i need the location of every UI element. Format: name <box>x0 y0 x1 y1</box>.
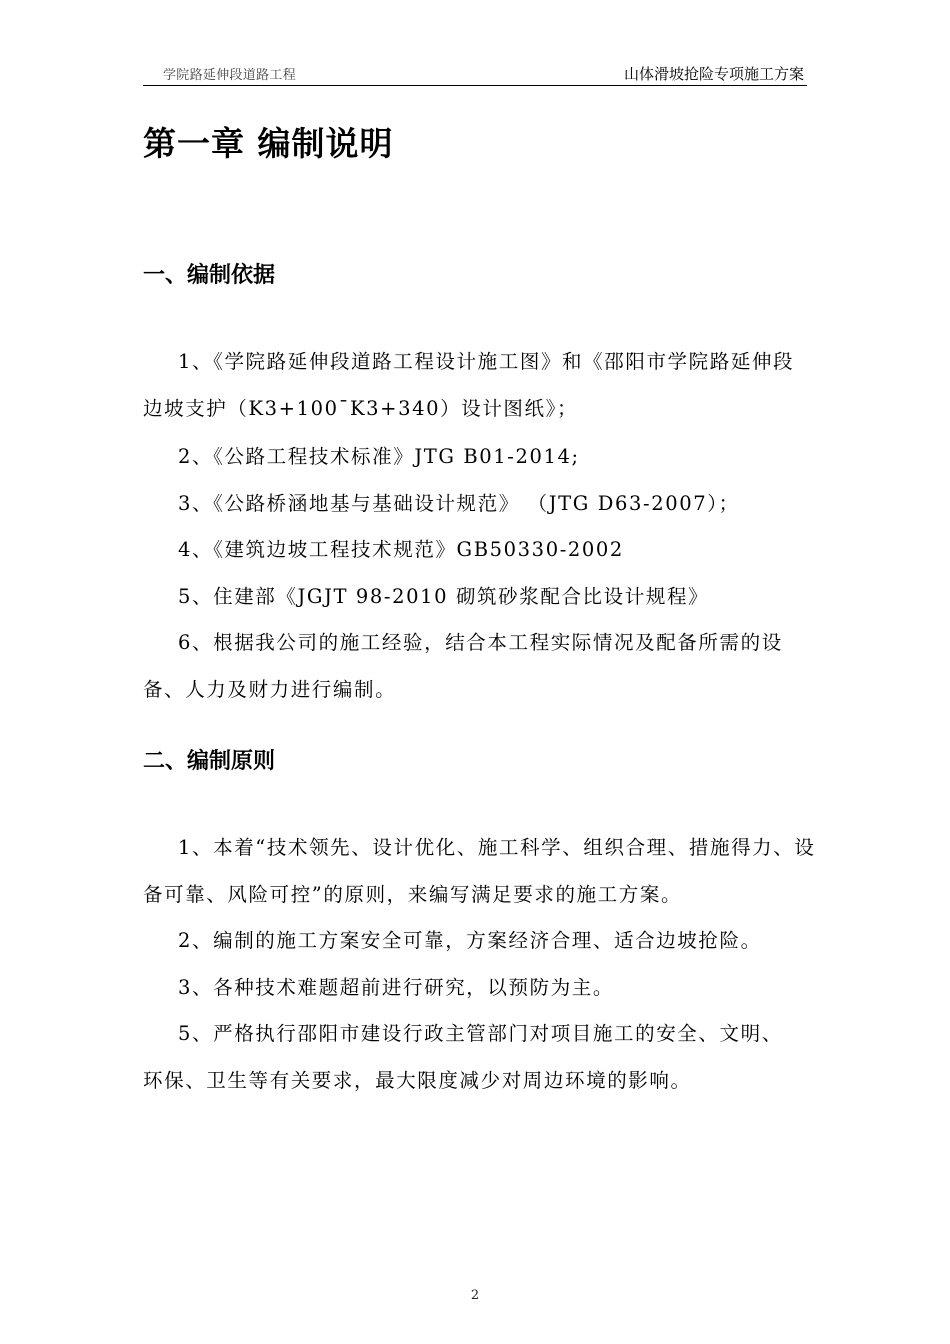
page-number: 2 <box>0 1288 950 1303</box>
basis-item-6-line-1: 6、根据我公司的施工经验，结合本工程实际情况及配备所需的设 <box>143 619 807 666</box>
principle-item-5-line-1: 5、严格执行邵阳市建设行政主管部门对项目施工的安全、文明、 <box>143 1010 807 1057</box>
document-page: 学院路延伸段道路工程 山体滑坡抢险专项施工方案 第一章 编制说明 一、编制依据 … <box>0 0 950 1344</box>
principle-item-1-line-1: 1、本着“技术领先、设计优化、施工科学、组织合理、措施得力、设 <box>143 824 807 871</box>
principle-item-1: 1、本着“技术领先、设计优化、施工科学、组织合理、措施得力、设 备可靠、风险可控… <box>143 824 807 918</box>
basis-item-5-line-1: 5、住建部《JGJT 98-2010 砌筑砂浆配合比设计规程》 <box>143 573 807 620</box>
basis-item-4: 4、《建筑边坡工程技术规范》GB50330-2002 <box>143 526 807 573</box>
section-heading-principles: 二、编制原则 <box>143 744 275 775</box>
principle-item-2: 2、编制的施工方案安全可靠，方案经济合理、适合边坡抢险。 <box>143 917 807 964</box>
chapter-title: 第一章 编制说明 <box>143 118 394 165</box>
header-project-name: 学院路延伸段道路工程 <box>163 64 296 83</box>
basis-item-1-line-2: 边坡支护（K3+100¯K3+340）设计图纸》； <box>143 385 807 432</box>
basis-item-4-line-1: 4、《建筑边坡工程技术规范》GB50330-2002 <box>143 526 807 573</box>
basis-item-3-line-1: 3、《公路桥涵地基与基础设计规范》 （JTG D63-2007）； <box>143 480 807 527</box>
principle-item-3-line-1: 3、各种技术难题超前进行研究，以预防为主。 <box>143 964 807 1011</box>
basis-item-5: 5、住建部《JGJT 98-2010 砌筑砂浆配合比设计规程》 <box>143 573 807 620</box>
basis-item-2: 2、《公路工程技术标准》JTG B01-2014; <box>143 433 807 480</box>
principle-item-5: 5、严格执行邵阳市建设行政主管部门对项目施工的安全、文明、 环保、卫生等有关要求… <box>143 1010 807 1104</box>
principle-item-1-line-2: 备可靠、风险可控”的原则，来编写满足要求的施工方案。 <box>143 871 807 918</box>
basis-item-6: 6、根据我公司的施工经验，结合本工程实际情况及配备所需的设 备、人力及财力进行编… <box>143 619 807 713</box>
header-document-title: 山体滑坡抢险专项施工方案 <box>624 63 804 84</box>
basis-item-1: 1、《学院路延伸段道路工程设计施工图》和《邵阳市学院路延伸段 边坡支护（K3+1… <box>143 338 807 432</box>
basis-item-1-line-1: 1、《学院路延伸段道路工程设计施工图》和《邵阳市学院路延伸段 <box>143 338 807 385</box>
basis-item-2-line-1: 2、《公路工程技术标准》JTG B01-2014; <box>143 433 807 480</box>
basis-item-3: 3、《公路桥涵地基与基础设计规范》 （JTG D63-2007）； <box>143 480 807 527</box>
principle-item-2-line-1: 2、编制的施工方案安全可靠，方案经济合理、适合边坡抢险。 <box>143 917 807 964</box>
principle-item-3: 3、各种技术难题超前进行研究，以预防为主。 <box>143 964 807 1011</box>
section-heading-basis: 一、编制依据 <box>143 258 275 289</box>
basis-item-6-line-2: 备、人力及财力进行编制。 <box>143 666 807 713</box>
page-header: 学院路延伸段道路工程 山体滑坡抢险专项施工方案 <box>143 62 807 86</box>
principle-item-5-line-2: 环保、卫生等有关要求，最大限度减少对周边环境的影响。 <box>143 1057 807 1104</box>
